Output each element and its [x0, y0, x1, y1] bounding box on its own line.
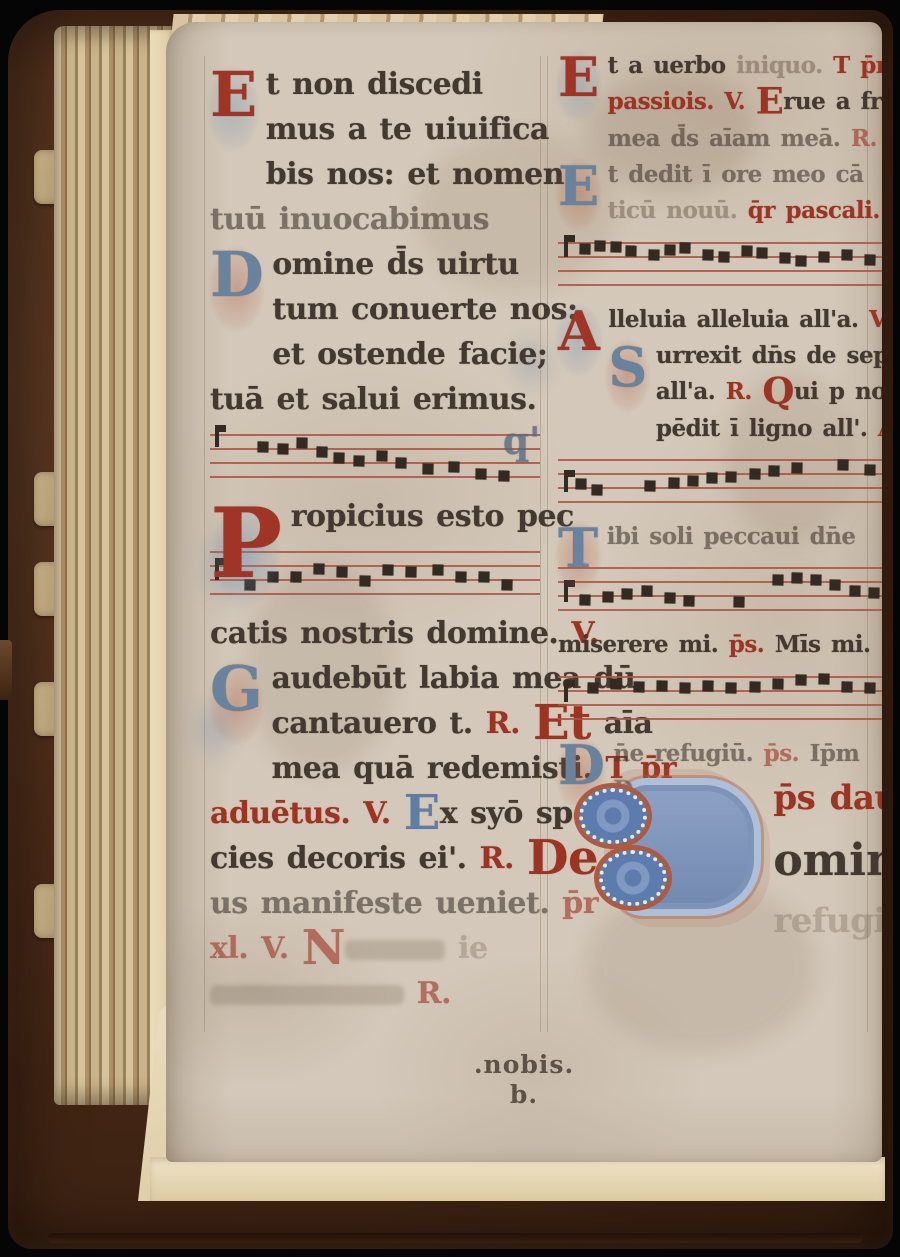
clef-mark	[215, 425, 219, 447]
neume	[864, 254, 875, 265]
text-segment: E	[404, 785, 440, 841]
marginal-letter: q'	[503, 412, 540, 469]
neume	[757, 247, 768, 258]
neume	[656, 680, 667, 691]
text-line: tuū inuocabimus	[210, 202, 489, 237]
text-segment: ticū nouū.	[608, 197, 748, 224]
text-segment: n̄e refugiū.	[613, 740, 763, 767]
text-segment: xl. V.	[210, 931, 302, 966]
neume	[683, 596, 694, 607]
text-line: omine d̄s uirtu	[272, 247, 519, 282]
neume	[610, 679, 621, 690]
catchword: .nobis. b.	[166, 1050, 882, 1110]
text-segment: R.	[726, 378, 763, 405]
neume	[645, 481, 656, 492]
text-segment: iniquo.	[736, 52, 833, 79]
faded-text-ghost	[210, 985, 404, 1005]
text-segment: ibi soli peccaui dn̄e	[607, 523, 856, 550]
neume	[602, 591, 613, 602]
text-segment: rue a fra	[783, 88, 882, 115]
neume	[818, 673, 829, 684]
text-segment: p̄s.	[764, 740, 810, 767]
manuscript-page: Et non discedimus a te uiuificabis nos: …	[166, 22, 882, 1162]
text-line: ropicius esto pec	[291, 499, 574, 534]
text-segment: catis nostris domine.	[210, 616, 571, 651]
neume	[703, 249, 714, 260]
text-segment: all'a.	[656, 378, 726, 405]
text-segment: T p̄re	[833, 52, 882, 79]
text-line: miserere mi. p̄s. Mīs mi.	[558, 631, 871, 658]
text-line: tum conuerte nos:	[272, 292, 577, 327]
text-line: bis nos: et nomen	[266, 157, 564, 192]
neume	[591, 484, 602, 495]
neume	[449, 461, 460, 472]
neume	[576, 478, 587, 489]
text-line: mus a te uiuifica	[266, 112, 549, 147]
neume	[703, 680, 714, 691]
illuminated-initial: S	[608, 340, 647, 412]
text-segment: R.	[480, 841, 527, 876]
neume	[864, 683, 875, 694]
neume	[749, 681, 760, 692]
neume	[687, 475, 698, 486]
text-segment: N	[302, 920, 345, 976]
neume	[726, 471, 737, 482]
neume	[680, 243, 691, 254]
text-segment: t a uerbo	[608, 52, 736, 79]
neume	[791, 462, 802, 473]
text-segment: Ad laudes. A.	[878, 415, 882, 442]
clef-mark	[564, 470, 568, 492]
column-right: Et a uerbo iniquo. T p̄repassiois. V. Er…	[558, 48, 882, 1016]
text-line: omine	[773, 835, 882, 886]
text-segment: urrexit dn̄s de sepl'o	[656, 342, 882, 369]
text-segment: R.	[851, 125, 877, 152]
text-line: t a uerbo iniquo. T p̄re	[608, 52, 882, 79]
faded-text-ghost	[345, 940, 445, 960]
text-line: ticū nouū. q̄r pascali. A.	[608, 197, 882, 224]
text-segment: mea d̄s aīam meā.	[608, 125, 851, 152]
neume	[622, 589, 633, 600]
neume	[818, 251, 829, 262]
neume	[478, 572, 489, 583]
neume	[791, 573, 802, 584]
neume	[664, 592, 675, 603]
neume	[841, 249, 852, 260]
neume	[864, 464, 875, 475]
music-staff	[558, 676, 882, 720]
neume	[726, 683, 737, 694]
text-line: ibi soli peccaui dn̄e	[607, 523, 856, 550]
neume	[749, 468, 760, 479]
text-segment: Q	[762, 369, 794, 413]
illuminated-initial: D	[613, 778, 761, 916]
neume	[475, 469, 486, 480]
text-segment: p̄s dauid.	[773, 778, 882, 818]
text-line: et ostende facie;	[272, 337, 547, 372]
text-segment: tuū inuocabimus	[210, 202, 489, 237]
text-line: n̄e refugiū. p̄s. Ip̄m	[613, 740, 859, 767]
text-segment: cantauero t.	[271, 706, 485, 741]
text-segment: q̄r pascali. A.	[748, 197, 882, 224]
text-segment: pēdit ī ligno all'.	[656, 415, 878, 442]
text-line: t dedit ī ore meo cā	[608, 161, 864, 188]
neume	[633, 682, 644, 693]
text-segment: V.	[869, 306, 882, 333]
neume	[501, 580, 512, 591]
neume	[811, 574, 822, 585]
spine-clasp	[0, 640, 12, 700]
neume	[359, 575, 370, 586]
neume	[376, 450, 387, 461]
clef-mark	[564, 680, 568, 702]
neume	[432, 565, 443, 576]
neume	[587, 682, 598, 693]
neume	[455, 572, 466, 583]
neume	[795, 256, 806, 267]
text-segment: R.	[404, 976, 451, 1011]
text-line: refugiū factus es	[773, 901, 882, 941]
neume	[353, 456, 364, 467]
catchword-signature: b.	[166, 1080, 882, 1110]
illuminated-initial: P	[210, 496, 282, 611]
text-segment: cies decoris ei'.	[210, 841, 480, 876]
neume	[707, 473, 718, 484]
neume	[317, 447, 328, 458]
illuminated-initial: D	[210, 244, 263, 334]
neume	[383, 565, 394, 576]
text-segment: lleluia alleluia all'a.	[608, 306, 869, 333]
neume	[733, 596, 744, 607]
text-segment: t dedit ī ore meo cā	[608, 161, 864, 188]
neume	[772, 678, 783, 689]
text-segment: E	[756, 79, 784, 123]
illuminated-initial: G	[210, 658, 262, 748]
text-line: passiois. V. Erue a fra	[608, 88, 882, 115]
neume	[313, 564, 324, 575]
music-staff	[558, 459, 882, 503]
text-line: p̄s dauid.	[773, 778, 882, 818]
text-line: urrexit dn̄s de sepl'o	[656, 342, 882, 369]
text-segment: R.	[486, 706, 533, 741]
text-segment: tum conuerte nos:	[272, 292, 577, 327]
text-segment: ie	[445, 931, 487, 966]
illuminated-initial: A	[558, 304, 599, 376]
illuminated-initial: E	[558, 159, 599, 231]
neume	[830, 580, 841, 591]
text-segment: refugiū factus es	[773, 901, 882, 941]
neume	[841, 681, 852, 692]
text-segment: miserere mi.	[558, 631, 729, 658]
text-line: us manifeste ueniet. p̄r	[210, 886, 598, 921]
neume	[626, 246, 637, 257]
neume	[795, 675, 806, 686]
neume	[768, 465, 779, 476]
neume	[838, 460, 849, 471]
text-segment: bis nos: et nomen	[266, 157, 564, 192]
neume	[297, 437, 308, 448]
text-segment: omine	[773, 835, 882, 886]
neume	[595, 240, 606, 251]
neume	[780, 253, 791, 264]
neume	[498, 471, 509, 482]
text-line: lleluia alleluia all'a. V.	[608, 306, 882, 333]
text-line: cies decoris ei'. R. De	[210, 841, 598, 876]
text-segment: mus a te uiuifica	[266, 112, 549, 147]
neume	[664, 244, 675, 255]
neume	[610, 242, 621, 253]
neume	[772, 575, 783, 586]
neume	[257, 442, 268, 453]
neume	[849, 585, 860, 596]
illuminated-initial: E	[210, 64, 257, 154]
manuscript-photo: Et non discedimus a te uiuificabis nos: …	[0, 0, 900, 1257]
text-segment: p̄r	[562, 886, 598, 921]
illuminated-initial: E	[558, 50, 599, 122]
neume	[396, 457, 407, 468]
neume	[680, 683, 691, 694]
music-staff: q'	[210, 434, 540, 478]
text-segment: ui p nob pe	[794, 378, 882, 405]
text-line: mea d̄s aīam meā. R.	[608, 125, 877, 152]
neume	[868, 588, 879, 599]
neume	[649, 249, 660, 260]
text-line: tuā et salui erimus.	[210, 382, 537, 417]
neume	[422, 464, 433, 475]
column-left: Et non discedimus a te uiuificabis nos: …	[210, 48, 544, 1016]
text-line: aduētus. V. Ex syō spe	[210, 796, 591, 831]
text-line: pēdit ī ligno all'. Ad laudes. A.	[656, 415, 882, 442]
neume	[333, 453, 344, 464]
text-line: all'a. R. Qui p nob pe	[656, 378, 882, 405]
text-segment: ropicius esto pec	[291, 499, 574, 534]
text-area: Et non discedimus a te uiuificabis nos: …	[166, 22, 882, 1016]
neume	[336, 566, 347, 577]
text-segment: omine d̄s uirtu	[272, 247, 519, 282]
catchword-word: .nobis.	[166, 1050, 882, 1080]
text-segment: p̄s.	[729, 631, 775, 658]
music-staff	[558, 242, 882, 286]
flyleaf-bottom-strip	[150, 1157, 885, 1201]
neume	[718, 252, 729, 263]
text-segment: Ip̄m	[810, 740, 860, 767]
illuminated-initial: T	[558, 521, 598, 593]
text-segment: tuā et salui erimus.	[210, 382, 537, 417]
text-line: xl. V. N ie	[210, 931, 488, 966]
text-segment: et ostende facie;	[272, 337, 547, 372]
neume	[406, 566, 417, 577]
text-line: t non discedi	[266, 67, 483, 102]
text-segment: us manifeste ueniet.	[210, 886, 562, 921]
neume	[641, 585, 652, 596]
text-line: catis nostris domine. V.	[210, 616, 599, 651]
text-segment: passiois. V.	[608, 88, 756, 115]
neume	[668, 478, 679, 489]
neume	[277, 443, 288, 454]
text-segment: t non discedi	[266, 67, 483, 102]
text-segment: aduētus. V.	[210, 796, 404, 831]
neume	[741, 245, 752, 256]
text-segment: Mīs mi.	[775, 631, 871, 658]
text-line: R.	[210, 976, 451, 1011]
